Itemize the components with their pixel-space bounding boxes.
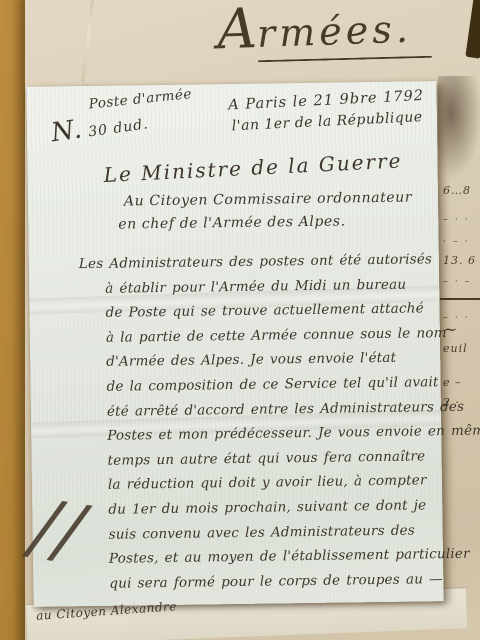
recipient-line-2: en chef de l'Armée des Alpes. bbox=[118, 213, 346, 232]
fragment-number: 13. 6 bbox=[443, 254, 476, 267]
registry-number: N. 30 dud. bbox=[49, 105, 150, 148]
recipient-line-1: Au Citoyen Commissaire ordonnateur bbox=[124, 190, 412, 210]
letter-body: Les Administrateurs des postes ont été a… bbox=[75, 247, 440, 596]
dateline: A Paris le 21 9bre 1792 l'an 1er de la R… bbox=[228, 88, 425, 135]
fragment-dots: – · – bbox=[443, 276, 472, 287]
fragment-writing: e – bbox=[443, 376, 462, 389]
sender-title: Le Ministre de la Guerre bbox=[103, 148, 403, 187]
fragment-dots: · – · bbox=[443, 236, 470, 247]
manuscript-photo: Armées. 6…8 – · · · – · 13. 6 – · – – · … bbox=[0, 0, 480, 640]
cover-title: Armées. bbox=[216, 0, 413, 61]
fragment-number: 6…8 bbox=[443, 184, 471, 197]
paper-crease bbox=[81, 0, 96, 82]
fragment-dots: – · · bbox=[443, 214, 470, 225]
letter-sheet: Poste d'armée N. 30 dud. A Paris le 21 9… bbox=[26, 81, 443, 607]
dateline-republic-year: l'an 1er de la République bbox=[229, 109, 425, 135]
table-rule bbox=[440, 298, 480, 300]
paper-lift-shadow bbox=[438, 76, 480, 180]
body-line: qui sera formé pour le corps de troupes … bbox=[79, 567, 439, 597]
